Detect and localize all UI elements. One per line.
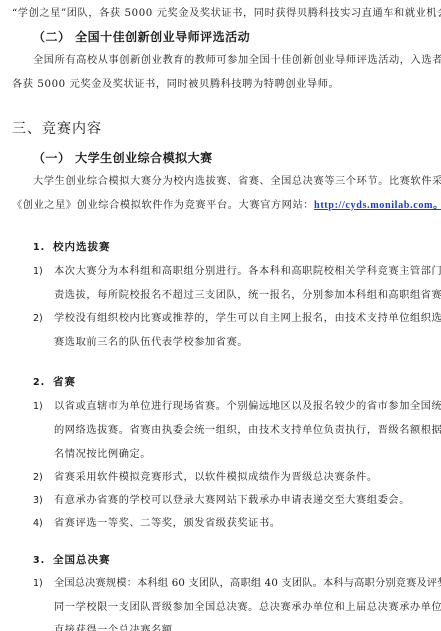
stage-number: 1. bbox=[33, 242, 45, 253]
stage-title: 省赛 bbox=[53, 375, 76, 389]
stage-title: 全国总决赛 bbox=[53, 553, 111, 567]
list-item-line: 名情况按比例确定。 bbox=[54, 448, 151, 462]
paragraph-text: 《创业之星》创业综合模拟软件作为竞赛平台。大赛官方网站： bbox=[12, 200, 314, 211]
section-heading-simulation-contest: （一） 大学生创业综合模拟大赛 bbox=[33, 151, 213, 165]
paragraph-line: 各获 5000 元奖金及奖状证书，同时被贝腾科技聘为特聘创业导师。 bbox=[12, 78, 339, 92]
list-item-line: 直接获得一个总决赛名额。 bbox=[54, 624, 183, 631]
list-item-line: 省赛采用软件模拟竞赛形式，以软件模拟成绩作为晋级总决赛条件。 bbox=[54, 471, 378, 485]
paragraph-line: 全国所有高校从事创新创业教育的教师可参加全国十佳创新创业导师评选活动，入选者将 bbox=[33, 54, 441, 68]
list-marker: 2) bbox=[33, 471, 43, 485]
stage-heading-campus: 1. 校内选拔赛 bbox=[33, 240, 45, 255]
list-marker: 3) bbox=[33, 494, 43, 508]
stage-title: 校内选拔赛 bbox=[53, 240, 111, 254]
list-marker: 2) bbox=[33, 312, 43, 326]
list-item-line: 学校没有组织校内比赛或推荐的，学生可以自主网上报名，由技术支持单位组织选拔 bbox=[54, 312, 441, 326]
stage-number: 3. bbox=[33, 555, 45, 566]
chapter-heading-competition-content: 三、竞赛内容 bbox=[12, 122, 102, 136]
list-marker: 1) bbox=[33, 577, 43, 591]
list-item-line: 以省或直辖市为单位进行现场省赛。个别偏远地区以及报名较少的省市参加全国统一 bbox=[54, 400, 441, 414]
list-item-line: 本次大赛分为本科组和高职组分别进行。各本科和高职院校相关学科竞赛主管部门负 bbox=[54, 265, 441, 279]
intro-line: “学创之星”团队，各获 5000 元奖金及奖状证书，同时获得贝腾科技实习直通车和… bbox=[12, 7, 441, 21]
list-marker: 1) bbox=[33, 265, 43, 279]
paragraph-line: 大学生创业综合模拟大赛分为校内选拔赛、省赛、全国总决赛等三个环节。比赛软件采用 bbox=[33, 175, 441, 189]
list-item-line: 赛选取前三名的队伍代表学校参加省赛。 bbox=[54, 336, 248, 350]
list-item-line: 有意承办省赛的学校可以登录大赛网站下载承办申请表递交至大赛组委会。 bbox=[54, 494, 410, 508]
paragraph-line: 《创业之星》创业综合模拟软件作为竞赛平台。大赛官方网站：http://cyds.… bbox=[12, 199, 441, 213]
stage-number: 2. bbox=[33, 377, 45, 388]
list-item-line: 同一学校限一支团队晋级参加全国总决赛。总决赛承办单位和上届总决赛承办单位可 bbox=[54, 601, 441, 615]
stage-heading-provincial: 2. 省赛 bbox=[33, 375, 45, 390]
list-item-line: 责选拔，每所院校报名不超过三支团队，统一报名，分别参加本科组和高职组省赛。 bbox=[54, 289, 441, 303]
stage-heading-national-final: 3. 全国总决赛 bbox=[33, 553, 45, 568]
list-marker: 1) bbox=[33, 400, 43, 414]
list-item-line: 的网络选拔赛。省赛由执委会统一组织，由技术支持单位负责执行，晋级名额根据报 bbox=[54, 424, 441, 438]
website-link[interactable]: http://cyds.monilab.com。 bbox=[314, 200, 441, 211]
list-item-line: 全国总决赛规模：本科组 60 支团队，高职组 40 支团队。本科与高职分别竞赛及… bbox=[54, 577, 441, 591]
list-item-line: 省赛评选一等奖、二等奖，颁发省级获奖证书。 bbox=[54, 517, 281, 531]
section-heading-mentor-award: （二） 全国十佳创新创业导师评选活动 bbox=[33, 30, 250, 44]
list-marker: 4) bbox=[33, 517, 43, 531]
